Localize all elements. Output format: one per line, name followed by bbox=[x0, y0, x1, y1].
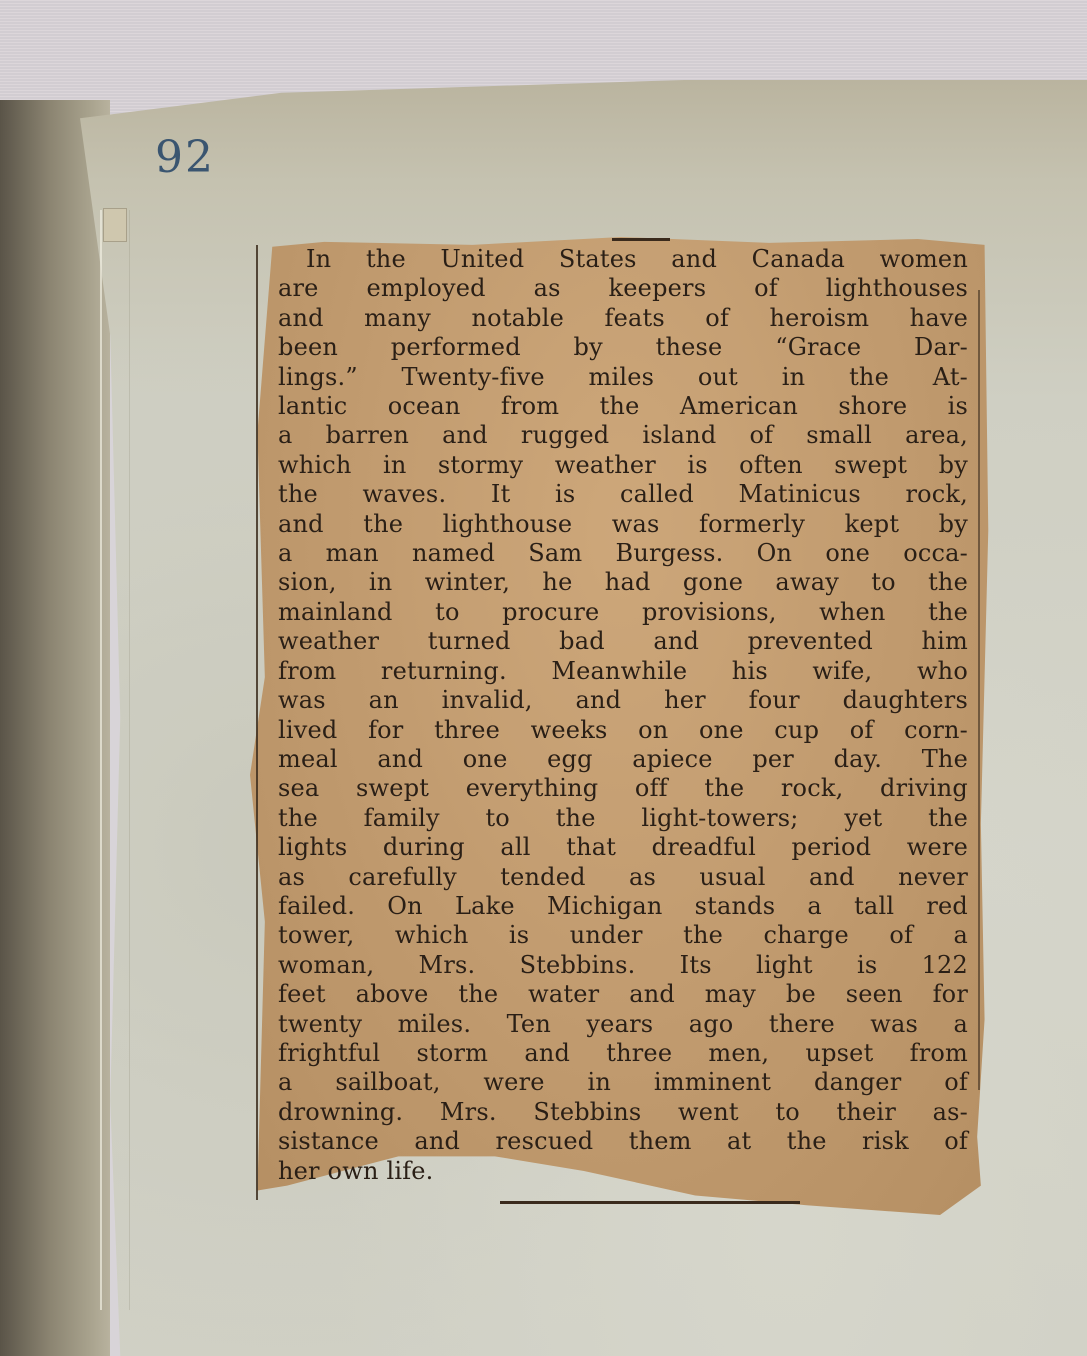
page-fold-edge bbox=[100, 210, 130, 1310]
article-line: tower, which is under the charge of a bbox=[278, 921, 968, 950]
article-line: and many notable feats of heroism have bbox=[278, 304, 968, 333]
article-line: failed. On Lake Michigan stands a tall r… bbox=[278, 892, 968, 921]
article-line: drowning. Mrs. Stebbins went to their as… bbox=[278, 1098, 968, 1127]
article-line: mainland to procure provisions, when the bbox=[278, 598, 968, 627]
column-rule-left bbox=[256, 245, 258, 1200]
article-line: a man named Sam Burgess. On one occa- bbox=[278, 539, 968, 568]
article-line: In the United States and Canada women bbox=[278, 245, 968, 274]
article-line: weather turned bad and prevented him bbox=[278, 627, 968, 656]
article-top-rule bbox=[612, 238, 670, 241]
article-line: from returning. Meanwhile his wife, who bbox=[278, 657, 968, 686]
page-number: 92 bbox=[155, 132, 215, 183]
article-line: frightful storm and three men, upset fro… bbox=[278, 1039, 968, 1068]
article-line: lived for three weeks on one cup of corn… bbox=[278, 716, 968, 745]
article-line: as carefully tended as usual and never bbox=[278, 863, 968, 892]
article-line: woman, Mrs. Stebbins. Its light is 122 bbox=[278, 951, 968, 980]
article-line: lantic ocean from the American shore is bbox=[278, 392, 968, 421]
article-line: sistance and rescued them at the risk of bbox=[278, 1127, 968, 1156]
article-line: and the lighthouse was formerly kept by bbox=[278, 510, 968, 539]
article-line: meal and one egg apiece per day. The bbox=[278, 745, 968, 774]
book-binding bbox=[0, 100, 110, 1356]
article-line: twenty miles. Ten years ago there was a bbox=[278, 1010, 968, 1039]
article-line: are employed as keepers of lighthouses bbox=[278, 274, 968, 303]
article-line: sion, in winter, he had gone away to the bbox=[278, 568, 968, 597]
article-line: was an invalid, and her four daughters bbox=[278, 686, 968, 715]
article-line: lings.” Twenty-five miles out in the At- bbox=[278, 363, 968, 392]
article-line: sea swept everything off the rock, drivi… bbox=[278, 774, 968, 803]
column-rule-right bbox=[978, 290, 980, 1090]
article-line: a barren and rugged island of small area… bbox=[278, 421, 968, 450]
article-line: which in stormy weather is often swept b… bbox=[278, 451, 968, 480]
article-line: the family to the light-towers; yet the bbox=[278, 804, 968, 833]
article-line: lights during all that dreadful period w… bbox=[278, 833, 968, 862]
article-line: the waves. It is called Matinicus rock, bbox=[278, 480, 968, 509]
page-tab bbox=[103, 208, 127, 242]
article-line: a sailboat, were in imminent danger of bbox=[278, 1068, 968, 1097]
article-bottom-rule bbox=[500, 1201, 800, 1204]
article-line: feet above the water and may be seen for bbox=[278, 980, 968, 1009]
article-text: In the United States and Canada women ar… bbox=[278, 245, 968, 1186]
article-line: been performed by these “Grace Dar- bbox=[278, 333, 968, 362]
article-line: her own life. bbox=[278, 1157, 968, 1186]
